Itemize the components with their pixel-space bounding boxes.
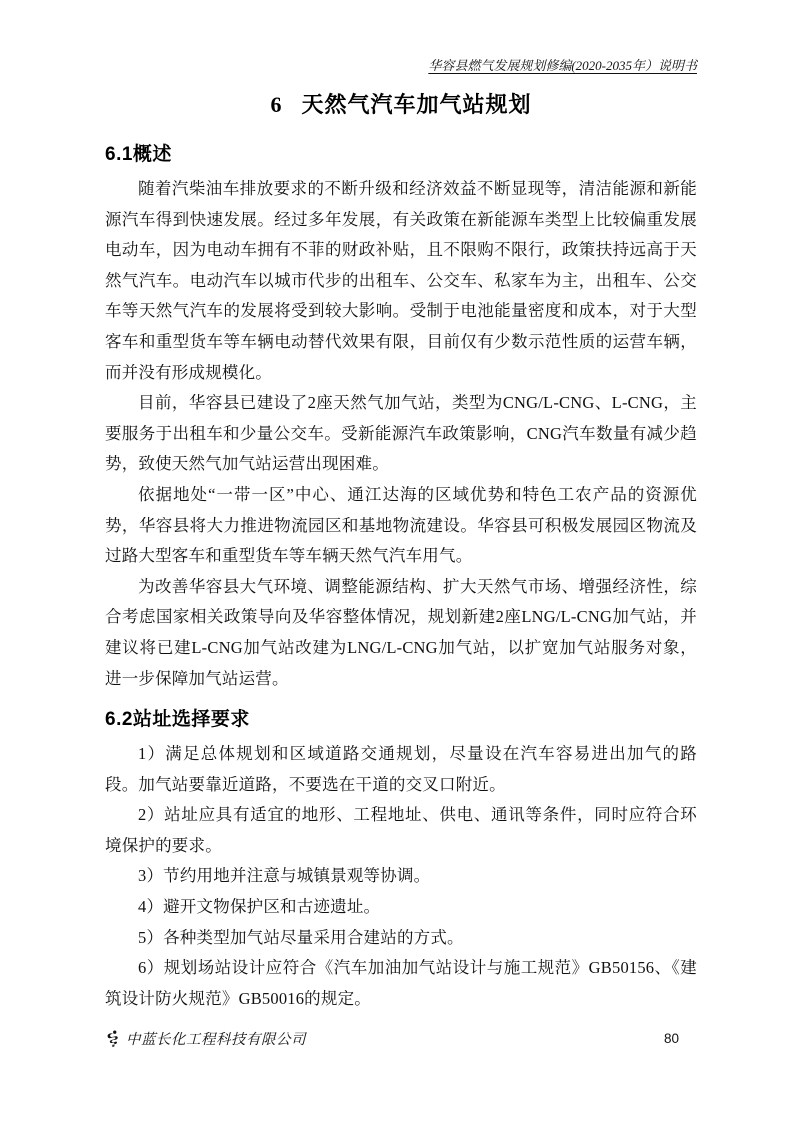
- list-item: 5）各种类型加气站尽量采用合建站的方式。: [105, 923, 697, 954]
- list-item: 6）规划场站设计应符合《汽车加油加气站设计与施工规范》GB50156、《建筑设计…: [105, 953, 697, 1014]
- list-item: 4）避开文物保护区和古迹遗址。: [105, 892, 697, 923]
- section-site-selection: 6.2站址选择要求 1）满足总体规划和区域道路交通规划，尽量设在汽车容易进出加气…: [105, 707, 697, 1014]
- footer-company-name: 中蓝长化工程科技有限公司: [126, 1028, 306, 1049]
- chapter-number: 6: [270, 92, 281, 117]
- page-header-title: 华容县燃气发展规划修编(2020-2035年）说明书: [428, 58, 697, 73]
- body-paragraph: 目前，华容县已建设了2座天然气加气站，类型为CNG/L-CNG、L-CNG，主要…: [105, 388, 697, 480]
- footer-company-block: 中蓝长化工程科技有限公司: [105, 1028, 306, 1049]
- list-item: 2）站址应具有适宜的地形、工程地址、供电、通讯等条件，同时应符合环境保护的要求。: [105, 800, 697, 861]
- body-paragraph: 依据地处“一带一区”中心、通江达海的区域优势和特色工农产品的资源优势，华容县将大…: [105, 480, 697, 572]
- document-page: 华容县燃气发展规划修编(2020-2035年）说明书 6天然气汽车加气站规划 6…: [0, 0, 794, 1122]
- body-paragraph: 为改善华容县大气环境、调整能源结构、扩大天然气市场、增强经济性，综合考虑国家相关…: [105, 572, 697, 694]
- chapter-title-text: 天然气汽车加气站规划: [301, 92, 531, 117]
- page-footer: 中蓝长化工程科技有限公司 80: [105, 1028, 697, 1049]
- chapter-title: 6天然气汽车加气站规划: [105, 90, 697, 120]
- section-overview: 6.1概述 随着汽柴油车排放要求的不断升级和经济效益不断显现等，清洁能源和新能源…: [105, 142, 697, 694]
- section-heading-overview: 6.1概述: [105, 142, 697, 168]
- page-number: 80: [664, 1031, 697, 1046]
- company-logo-icon: [105, 1030, 120, 1047]
- list-item: 3）节约用地并注意与城镇景观等协调。: [105, 861, 697, 892]
- body-paragraph: 随着汽柴油车排放要求的不断升级和经济效益不断显现等，清洁能源和新能源汽车得到快速…: [105, 174, 697, 388]
- list-item: 1）满足总体规划和区域道路交通规划，尽量设在汽车容易进出加气的路段。加气站要靠近…: [105, 739, 697, 800]
- section-heading-site-selection: 6.2站址选择要求: [105, 707, 697, 733]
- page-header: 华容县燃气发展规划修编(2020-2035年）说明书: [105, 58, 697, 74]
